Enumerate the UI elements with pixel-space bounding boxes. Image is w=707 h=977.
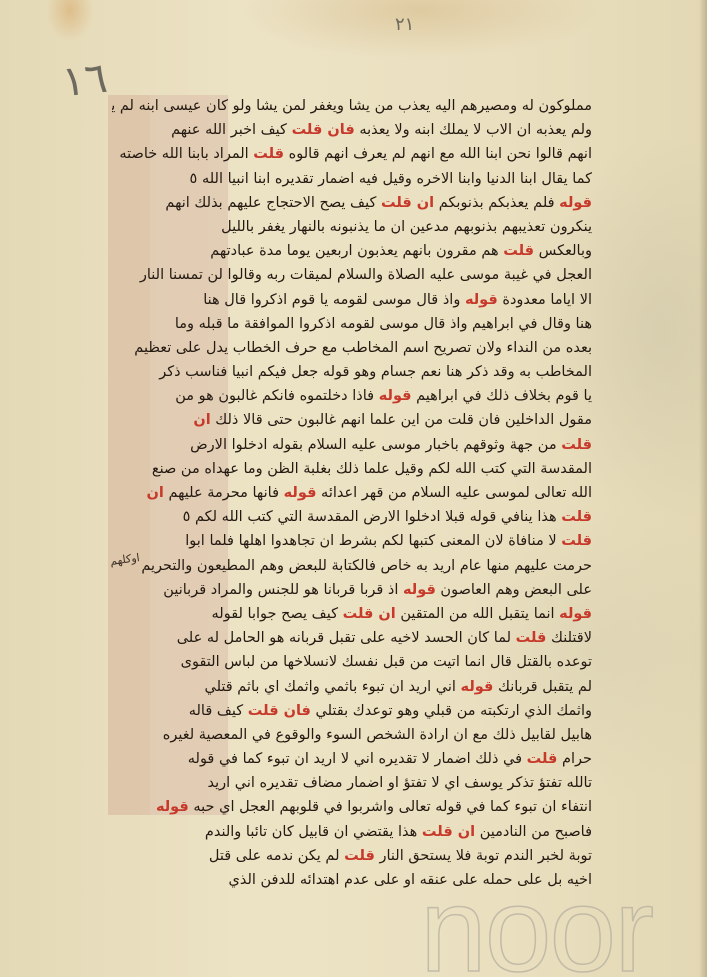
text-line: هنا وقال في ابراهيم واذ قال موسى لقومه ا…	[112, 312, 592, 336]
text-segment: بعده من النداء ولان تصريح اسم المخاطب مع…	[134, 340, 592, 356]
text-segment: اني اريد ان تبوء باثمي واثمك اي باثم قتل…	[204, 679, 460, 695]
text-line: انهم قالوا نحن ابنا الله مع انهم لم يعرف…	[112, 142, 592, 166]
text-segment: المخاطب به وقد ذكر هنا نعم جسام وهو قوله…	[159, 364, 592, 380]
text-segment: الا اياما معدودة	[498, 292, 592, 308]
rubric-word: قلت	[253, 146, 284, 162]
text-line: لاقتلنك قلت لما كان الحسد لاخيه على تقبل…	[112, 626, 592, 650]
text-segment: تالله تفتؤ تذكر يوسف اي لا تفتؤ او اضمار…	[207, 775, 592, 791]
text-segment: وبالعكس	[534, 243, 592, 259]
rubric-word: قلت	[561, 437, 592, 453]
text-segment: كيف اخبر الله عنهم	[171, 122, 291, 138]
rubric-word: ان قلت	[343, 606, 396, 622]
text-segment: واذ قال موسى لقومه يا قوم اذكروا قال هنا	[203, 292, 465, 308]
rubric-word: قلت	[344, 848, 375, 864]
rubric-word: قلت	[561, 533, 592, 549]
text-segment: توعده بالقتل قال انما اتيت من قبل نفسك ل…	[181, 654, 592, 670]
text-line: قلت من جهة وثوقهم باخبار موسى عليه السلا…	[112, 433, 592, 457]
text-line: المقدسة التي كتب الله لكم وقيل علما ذلك …	[112, 457, 592, 481]
text-segment: كيف يصح الاحتجاج عليهم بذلك انهم	[165, 195, 381, 211]
text-segment: فاصبح من النادمين	[475, 824, 592, 840]
text-segment: لم يتقبل قربانك	[493, 679, 592, 695]
text-segment: لاقتلنك	[546, 630, 592, 646]
rubric-word: فان قلت	[248, 703, 311, 719]
text-line: توعده بالقتل قال انما اتيت من قبل نفسك ل…	[112, 650, 592, 674]
rubric-word: قلت	[561, 509, 592, 525]
text-segment: انما يتقبل الله من المتقين	[396, 606, 559, 622]
text-segment: الله تعالى لموسى عليه السلام من قهر اعدا…	[316, 485, 592, 501]
text-segment: ينكرون تعذيبهم بذنوبهم مدعين ان ما يذنبو…	[221, 219, 592, 235]
text-line: حرام قلت في ذلك اضمار لا تقديره اني لا ا…	[112, 747, 592, 771]
text-segment: هذا يقتضي ان قابيل كان تائبا والندم	[205, 824, 422, 840]
text-line: العجل في غيبة موسى عليه الصلاة والسلام ل…	[112, 263, 592, 287]
text-line: هابيل لقابيل ذلك مع ان ارادة الشخص السوء…	[112, 723, 592, 747]
folio-number: ١٦	[60, 53, 110, 106]
rubric-word: قوله	[559, 606, 592, 622]
rubric-word: قوله	[465, 292, 498, 308]
rubric-word: ان قلت	[381, 195, 434, 211]
text-segment: فانها محرمة عليهم	[164, 485, 284, 501]
text-line: فاصبح من النادمين ان قلت هذا يقتضي ان قا…	[112, 820, 592, 844]
text-line: الا اياما معدودة قوله واذ قال موسى لقومه…	[112, 288, 592, 312]
text-line: قوله انما يتقبل الله من المتقين ان قلت ك…	[112, 602, 592, 626]
text-segment: هابيل لقابيل ذلك مع ان ارادة الشخص السوء…	[163, 727, 592, 743]
text-line: قلت لا منافاة لان المعنى كتبها لكم بشرط …	[112, 529, 592, 553]
text-line: قوله فلم يعذبكم بذنوبكم ان قلت كيف يصح ا…	[112, 191, 592, 215]
text-segment: انهم قالوا نحن ابنا الله مع انهم لم يعرف…	[284, 146, 592, 162]
text-segment: كيف قاله	[189, 703, 248, 719]
text-segment: المقدسة التي كتب الله لكم وقيل علما ذلك …	[152, 461, 592, 477]
text-line: مملوكون له ومصيرهم اليه يعذب من يشا ويغف…	[112, 94, 592, 118]
text-line: كما يقال ابنا الدنيا وابنا الاخره وقيل ف…	[112, 167, 592, 191]
rubric-word: قوله	[379, 388, 412, 404]
rubric-word: ان قلت	[422, 824, 475, 840]
rubric-word: قوله	[156, 799, 189, 815]
rubric-word: قوله	[559, 195, 592, 211]
rubric-word: قوله	[284, 485, 317, 501]
text-segment: العجل في غيبة موسى عليه الصلاة والسلام ل…	[140, 267, 592, 283]
text-line: قلت هذا ينافي قوله قبلا ادخلوا الارض الم…	[112, 505, 592, 529]
manuscript-text-block: مملوكون له ومصيرهم اليه يعذب من يشا ويغف…	[112, 94, 592, 892]
text-line: المخاطب به وقد ذكر هنا نعم جسام وهو قوله…	[112, 360, 592, 384]
text-segment: في ذلك اضمار لا تقديره اني لا اريد ان تب…	[188, 751, 527, 767]
text-line: انتفاء ان تبوء كما في قوله تعالى واشربوا…	[112, 795, 592, 819]
page-number: ٢١	[395, 14, 414, 35]
text-segment: لم يكن ندمه على قتل	[209, 848, 344, 864]
rubric-word: قوله	[461, 679, 494, 695]
text-line: حرمت عليهم منها عام اريد به خاص فالكتابة…	[112, 554, 592, 578]
text-line: على البعض وهم العاصون قوله اذ قربا قربان…	[112, 578, 592, 602]
text-line: الله تعالى لموسى عليه السلام من قهر اعدا…	[112, 481, 592, 505]
text-line: واثمك الذي ارتكبته من قبلي وهو توعدك بقت…	[112, 699, 592, 723]
text-segment: على البعض وهم العاصون	[436, 582, 592, 598]
rubric-word: فان قلت	[292, 122, 355, 138]
text-segment: هنا وقال في ابراهيم واذ قال موسى لقومه ا…	[175, 316, 592, 332]
page-edge-shadow	[699, 0, 707, 977]
text-segment: كيف يصح جوابا لقوله	[212, 606, 343, 622]
text-segment: كما يقال ابنا الدنيا وابنا الاخره وقيل ف…	[190, 171, 592, 187]
rubric-word: قلت	[516, 630, 547, 646]
text-line: ينكرون تعذيبهم بذنوبهم مدعين ان ما يذنبو…	[112, 215, 592, 239]
text-segment: واثمك الذي ارتكبته من قبلي وهو توعدك بقت…	[311, 703, 592, 719]
text-segment: فاذا دخلتموه فانكم غالبون هو من	[175, 388, 378, 404]
text-segment: لما كان الحسد لاخيه على تقبل قربانه هو ا…	[177, 630, 516, 646]
watermark: noor	[420, 880, 652, 977]
rubric-word: قوله	[403, 582, 436, 598]
text-line: تالله تفتؤ تذكر يوسف اي لا تفتؤ او اضمار…	[112, 771, 592, 795]
text-segment: مقول الداخلين فان قلت من اين علما انهم غ…	[211, 412, 592, 428]
text-segment: مملوكون له ومصيرهم اليه يعذب من يشا ويغف…	[112, 98, 592, 114]
text-line: مقول الداخلين فان قلت من اين علما انهم غ…	[112, 408, 592, 432]
text-line: بعده من النداء ولان تصريح اسم المخاطب مع…	[112, 336, 592, 360]
text-line: يا قوم بخلاف ذلك في ابراهيم قوله فاذا دخ…	[112, 384, 592, 408]
text-segment: توبة لخبر الندم توبة فلا يستحق النار	[375, 848, 592, 864]
text-line: لم يتقبل قربانك قوله اني اريد ان تبوء با…	[112, 675, 592, 699]
text-segment: حرمت عليهم منها عام اريد به خاص فالكتابة…	[141, 558, 592, 574]
text-segment: هذا ينافي قوله قبلا ادخلوا الارض المقدسة…	[183, 509, 562, 525]
rubric-word: ان	[147, 485, 164, 501]
text-segment: انتفاء ان تبوء كما في قوله تعالى واشربوا…	[189, 799, 592, 815]
text-segment: هم مقرون بانهم يعذبون اربعين يوما مدة عب…	[210, 243, 503, 259]
text-segment: ولم يعذبه ان الاب لا يملك ابنه ولا يعذبه	[355, 122, 592, 138]
text-segment: يا قوم بخلاف ذلك في ابراهيم	[412, 388, 592, 404]
text-segment: من جهة وثوقهم باخبار موسى عليه السلام بق…	[190, 437, 561, 453]
text-segment: فلم يعذبكم بذنوبكم	[434, 195, 559, 211]
text-line: ولم يعذبه ان الاب لا يملك ابنه ولا يعذبه…	[112, 118, 592, 142]
rubric-word: قلت	[527, 751, 558, 767]
rubric-word: قلت	[503, 243, 534, 259]
text-segment: المراد بابنا الله خاصته	[119, 146, 253, 162]
text-segment: لا منافاة لان المعنى كتبها لكم بشرط ان ت…	[185, 533, 561, 549]
text-line: وبالعكس قلت هم مقرون بانهم يعذبون اربعين…	[112, 239, 592, 263]
rubric-word: ان	[193, 412, 210, 428]
text-segment: اذ قربا قربانا هو للجنس والمراد قربانين	[163, 582, 403, 598]
text-segment: حرام	[557, 751, 592, 767]
